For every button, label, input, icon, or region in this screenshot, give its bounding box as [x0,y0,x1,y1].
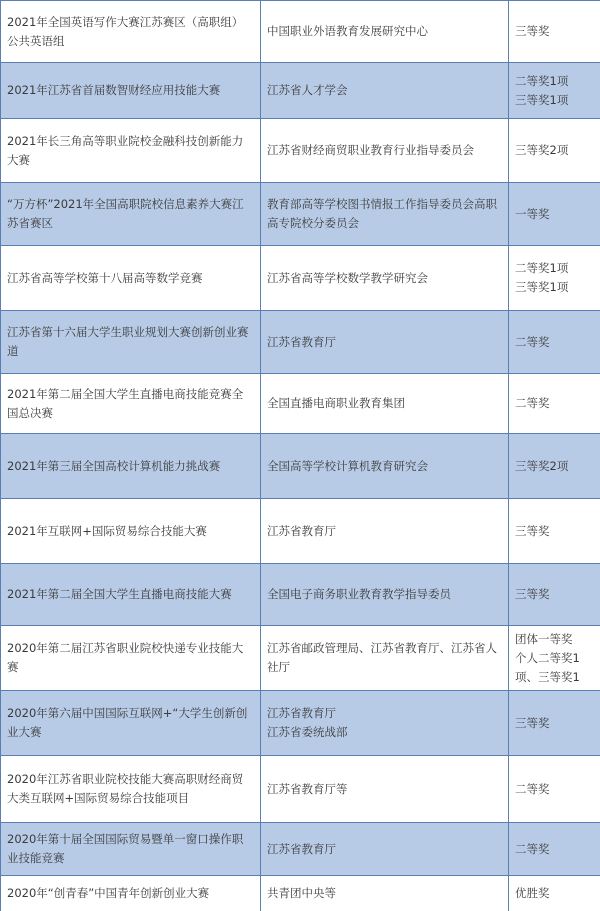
table-row: 江苏省第十六届大学生职业规划大赛创新创业赛道江苏省教育厅二等奖 [1,311,600,374]
organizer-cell: 江苏省财经商贸职业教育行业指导委员会 [261,119,509,183]
table-row: 2020年“创青春”中国青年创新创业大赛共青团中央等优胜奖 [1,876,600,911]
organizer-line: 全国直播电商职业教育集团 [267,394,502,413]
competition-cell: 2021年第二届全国大学生直播电商技能大赛 [1,564,261,626]
table-row: 2021年长三角高等职业院校金融科技创新能力大赛江苏省财经商贸职业教育行业指导委… [1,119,600,183]
award-cell: 一等奖 [509,183,600,246]
awards-table: 2021年全国英语写作大赛江苏赛区（高职组）公共英语组中国职业外语教育发展研究中… [0,0,600,911]
award-cell: 优胜奖 [509,876,600,911]
organizer-line: 江苏省委统战部 [267,723,502,742]
table-row: 2021年第二届全国大学生直播电商技能大赛全国电子商务职业教育教学指导委员三等奖 [1,564,600,626]
award-line: 三等奖 [515,585,594,604]
table-row: 2021年第二届全国大学生直播电商技能竞赛全国总决赛全国直播电商职业教育集团二等… [1,374,600,434]
table-row: 江苏省高等学校第十八届高等数学竞赛江苏省高等学校数学教学研究会二等奖1项三等奖1… [1,246,600,311]
award-cell: 三等奖2项 [509,119,600,183]
table-row: 2020年江苏省职业院校技能大赛高职财经商贸大类互联网+国际贸易综合技能项目江苏… [1,756,600,823]
organizer-cell: 中国职业外语教育发展研究中心 [261,1,509,63]
organizer-line: 江苏省高等学校数学教学研究会 [267,269,502,288]
table-row: 2020年第十届全国国际贸易暨单一窗口操作职业技能竞赛江苏省教育厅二等奖 [1,823,600,876]
organizer-cell: 全国高等学校计算机教育研究会 [261,434,509,499]
competition-cell: 2020年“创青春”中国青年创新创业大赛 [1,876,261,911]
organizer-cell: 江苏省教育厅江苏省委统战部 [261,691,509,756]
competition-cell: 2020年第二届江苏省职业院校快递专业技能大赛 [1,626,261,691]
award-cell: 三等奖2项 [509,434,600,499]
table-row: 2021年全国英语写作大赛江苏赛区（高职组）公共英语组中国职业外语教育发展研究中… [1,1,600,63]
award-line: 二等奖1项 [515,72,594,91]
organizer-cell: 共青团中央等 [261,876,509,911]
awards-table-body: 2021年全国英语写作大赛江苏赛区（高职组）公共英语组中国职业外语教育发展研究中… [1,1,600,911]
competition-cell: 2021年长三角高等职业院校金融科技创新能力大赛 [1,119,261,183]
table-row: 2020年第六届中国国际互联网+“大学生创新创业大赛江苏省教育厅江苏省委统战部三… [1,691,600,756]
competition-cell: 2021年互联网+国际贸易综合技能大赛 [1,499,261,564]
competition-cell: 江苏省第十六届大学生职业规划大赛创新创业赛道 [1,311,261,374]
award-line: 团体一等奖 [515,630,594,649]
competition-cell: 江苏省高等学校第十八届高等数学竞赛 [1,246,261,311]
award-cell: 三等奖 [509,1,600,63]
award-cell: 二等奖 [509,823,600,876]
award-line: 二等奖 [515,840,594,859]
organizer-line: 江苏省教育厅 [267,840,502,859]
award-cell: 三等奖 [509,691,600,756]
award-line: 个人二等奖1项、三等奖1 [515,649,594,687]
table-row: 2021年互联网+国际贸易综合技能大赛江苏省教育厅三等奖 [1,499,600,564]
award-line: 三等奖1项 [515,91,594,110]
organizer-line: 全国电子商务职业教育教学指导委员 [267,585,502,604]
competition-cell: 2021年第三届全国高校计算机能力挑战赛 [1,434,261,499]
award-cell: 三等奖 [509,499,600,564]
organizer-line: 全国高等学校计算机教育研究会 [267,457,502,476]
organizer-line: 江苏省人才学会 [267,81,502,100]
award-cell: 二等奖 [509,756,600,823]
award-line: 三等奖 [515,22,594,41]
competition-cell: 2020年江苏省职业院校技能大赛高职财经商贸大类互联网+国际贸易综合技能项目 [1,756,261,823]
award-cell: 二等奖1项三等奖1项 [509,246,600,311]
organizer-cell: 全国直播电商职业教育集团 [261,374,509,434]
organizer-line: 江苏省财经商贸职业教育行业指导委员会 [267,141,502,160]
award-cell: 团体一等奖个人二等奖1项、三等奖1 [509,626,600,691]
table-row: 2020年第二届江苏省职业院校快递专业技能大赛江苏省邮政管理局、江苏省教育厅、江… [1,626,600,691]
organizer-line: 中国职业外语教育发展研究中心 [267,22,502,41]
competition-cell: 2021年全国英语写作大赛江苏赛区（高职组）公共英语组 [1,1,261,63]
award-line: 二等奖 [515,333,594,352]
table-row: 2021年江苏省首届数智财经应用技能大赛江苏省人才学会二等奖1项三等奖1项 [1,63,600,119]
organizer-line: 江苏省教育厅 [267,522,502,541]
table-row: 2021年第三届全国高校计算机能力挑战赛全国高等学校计算机教育研究会三等奖2项 [1,434,600,499]
award-line: 二等奖 [515,780,594,799]
competition-cell: 2020年第十届全国国际贸易暨单一窗口操作职业技能竞赛 [1,823,261,876]
award-line: 三等奖1项 [515,278,594,297]
organizer-cell: 江苏省教育厅 [261,499,509,564]
organizer-cell: 江苏省教育厅 [261,311,509,374]
award-cell: 二等奖1项三等奖1项 [509,63,600,119]
award-line: 一等奖 [515,205,594,224]
organizer-line: 共青团中央等 [267,884,502,903]
organizer-line: 教育部高等学校图书情报工作指导委员会高职高专院校分委员会 [267,195,502,233]
organizer-cell: 江苏省邮政管理局、江苏省教育厅、江苏省人社厅 [261,626,509,691]
award-line: 二等奖 [515,394,594,413]
organizer-cell: 全国电子商务职业教育教学指导委员 [261,564,509,626]
organizer-cell: 江苏省教育厅等 [261,756,509,823]
competition-cell: 2020年第六届中国国际互联网+“大学生创新创业大赛 [1,691,261,756]
award-line: 优胜奖 [515,884,594,903]
award-line: 三等奖 [515,714,594,733]
award-cell: 二等奖 [509,311,600,374]
organizer-line: 江苏省教育厅等 [267,780,502,799]
competition-cell: “万方杯”2021年全国高职院校信息素养大赛江苏省赛区 [1,183,261,246]
organizer-cell: 江苏省教育厅 [261,823,509,876]
award-line: 三等奖2项 [515,141,594,160]
organizer-line: 江苏省教育厅 [267,704,502,723]
award-line: 三等奖2项 [515,457,594,476]
table-row: “万方杯”2021年全国高职院校信息素养大赛江苏省赛区教育部高等学校图书情报工作… [1,183,600,246]
organizer-cell: 江苏省人才学会 [261,63,509,119]
award-line: 三等奖 [515,522,594,541]
award-cell: 三等奖 [509,564,600,626]
organizer-line: 江苏省邮政管理局、江苏省教育厅、江苏省人社厅 [267,639,502,677]
organizer-line: 江苏省教育厅 [267,333,502,352]
award-cell: 二等奖 [509,374,600,434]
competition-cell: 2021年江苏省首届数智财经应用技能大赛 [1,63,261,119]
competition-cell: 2021年第二届全国大学生直播电商技能竞赛全国总决赛 [1,374,261,434]
organizer-cell: 江苏省高等学校数学教学研究会 [261,246,509,311]
organizer-cell: 教育部高等学校图书情报工作指导委员会高职高专院校分委员会 [261,183,509,246]
award-line: 二等奖1项 [515,259,594,278]
